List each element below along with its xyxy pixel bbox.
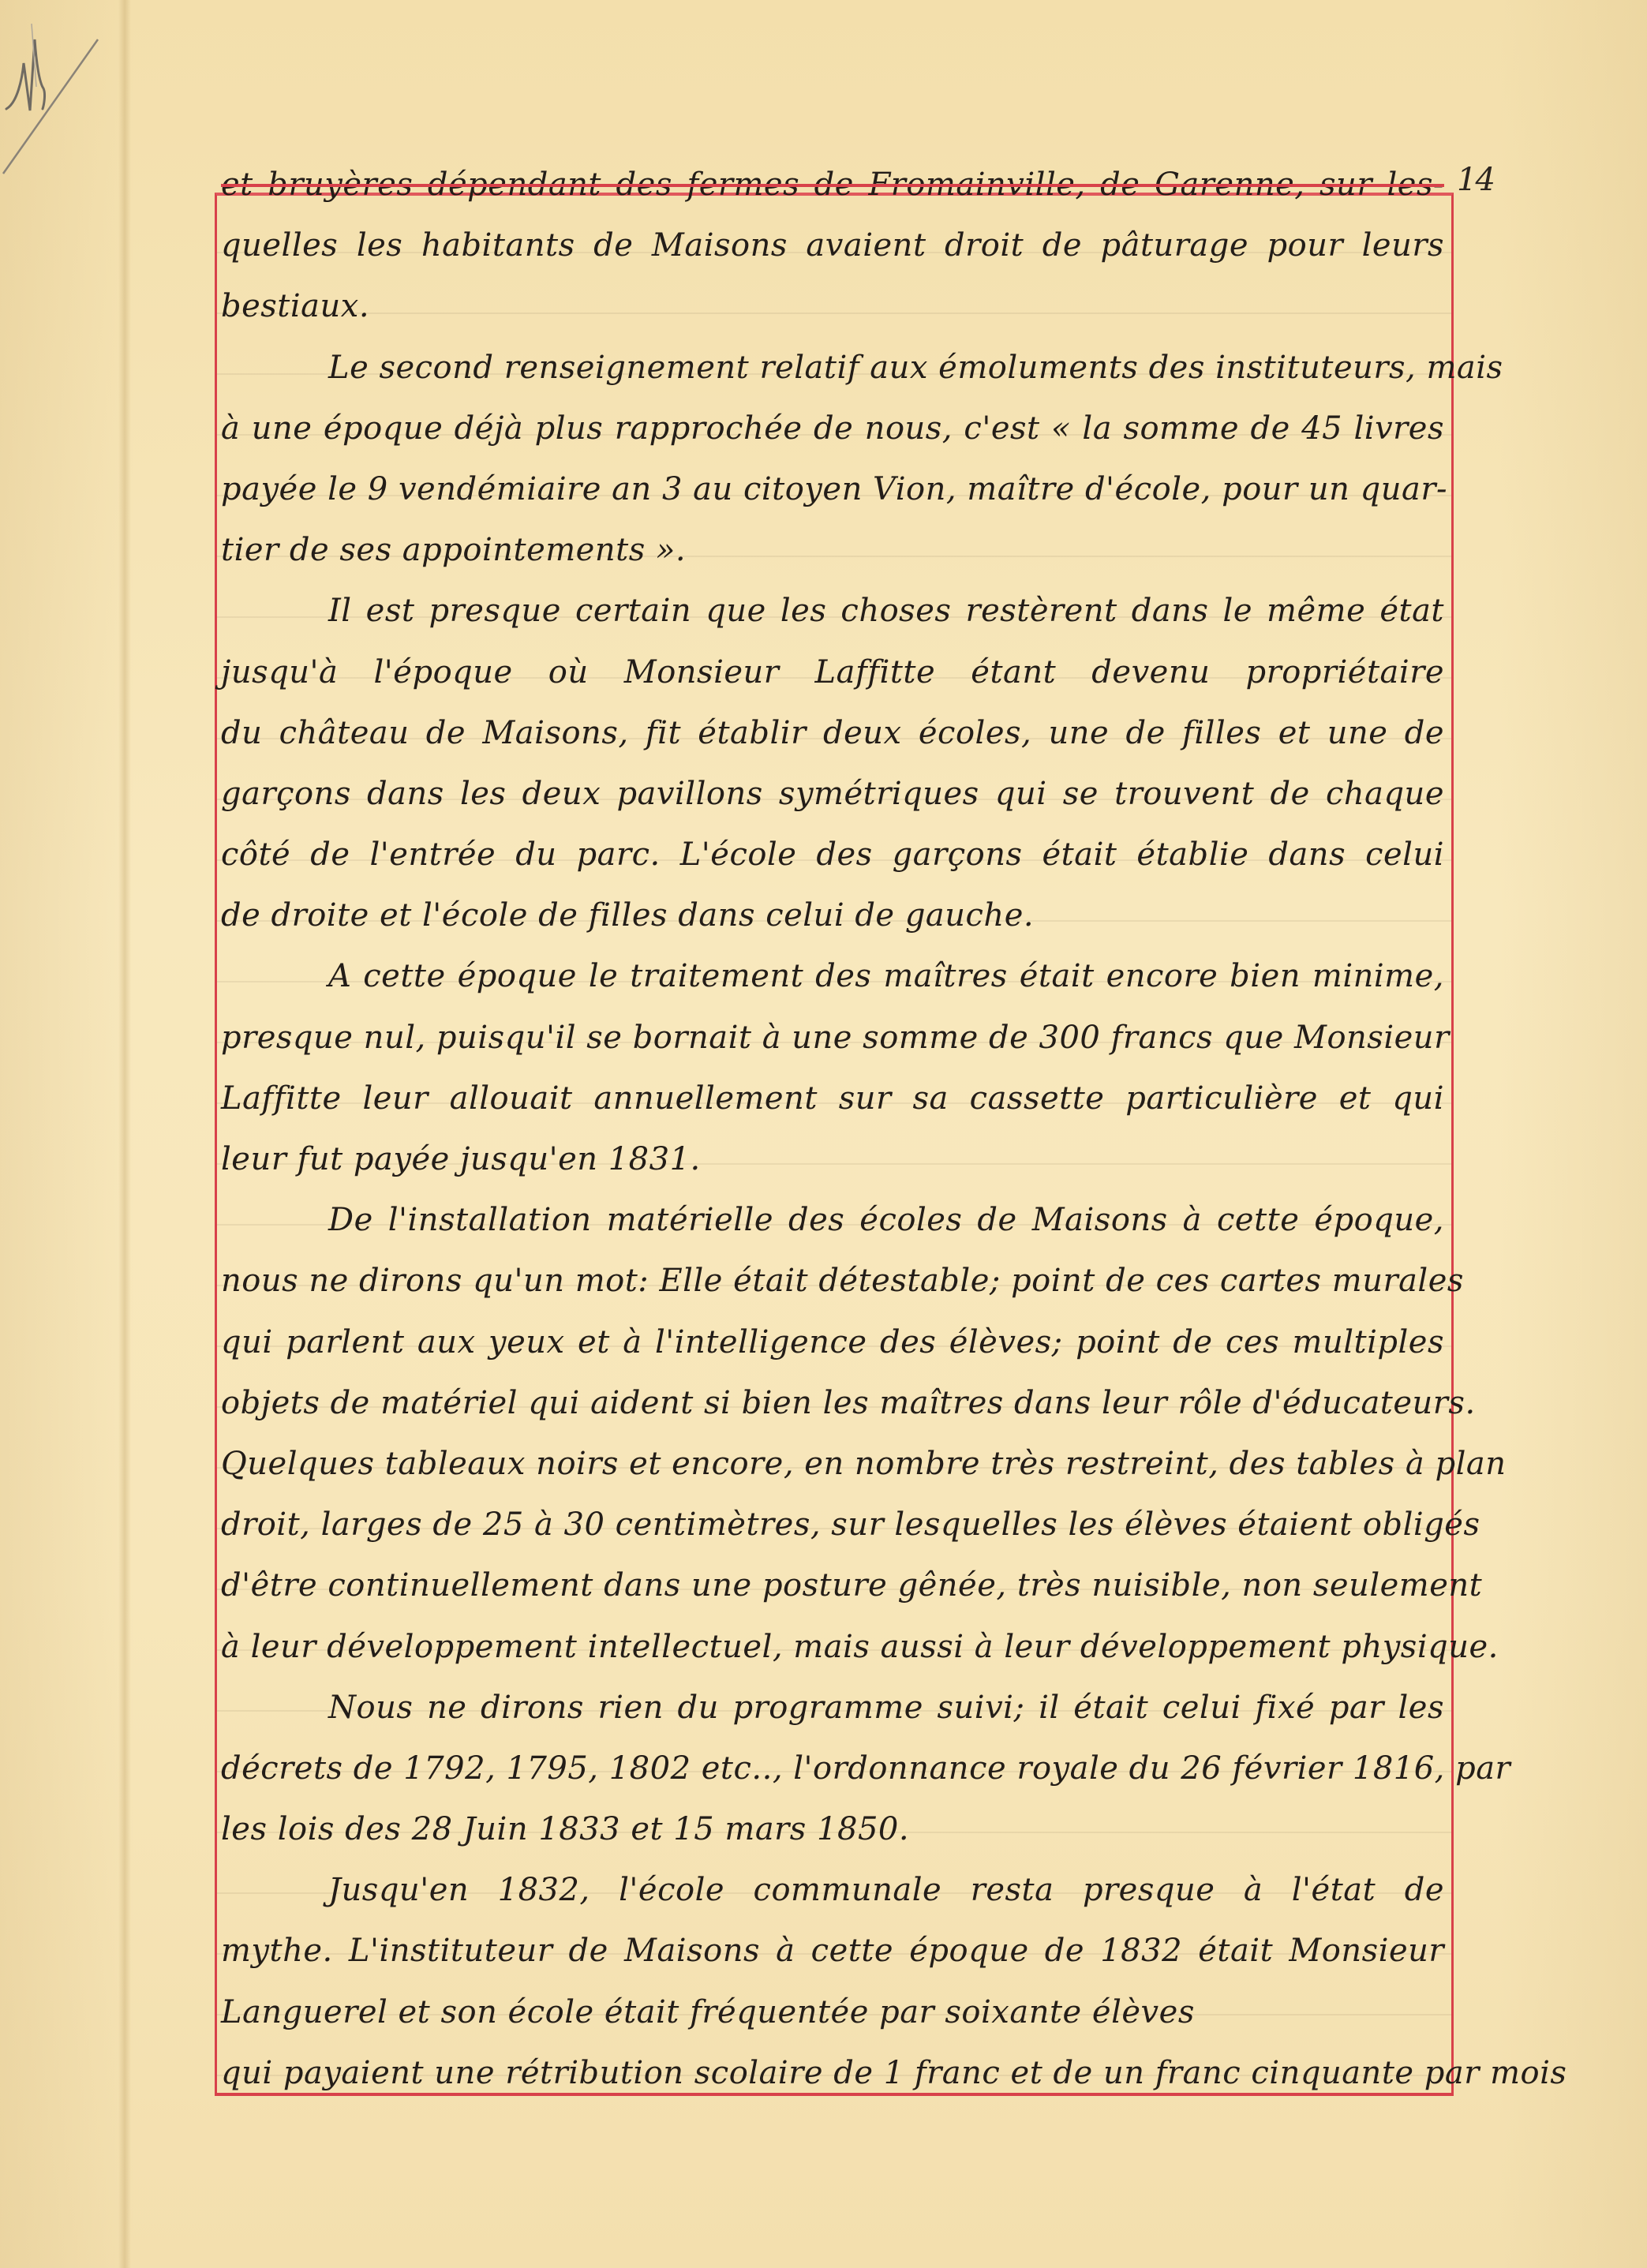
paragraph-start-line: Jusqu'en 1832, l'école communale resta p… bbox=[218, 1860, 1449, 1921]
text-line: garçons dans les deux pavillons symétriq… bbox=[218, 764, 1449, 825]
text-line: de droite et l'école de filles dans celu… bbox=[218, 885, 1449, 946]
text-line: presque nul, puisqu'il se bornait à une … bbox=[218, 1008, 1449, 1069]
text-line: et bruyères dépendant des fermes de From… bbox=[218, 155, 1449, 215]
text-line: côté de l'entrée du parc. L'école des ga… bbox=[218, 825, 1449, 885]
text-line: objets de matériel qui aident si bien le… bbox=[218, 1373, 1449, 1434]
binding-shadow bbox=[118, 0, 131, 2268]
text-line: leur fut payée jusqu'en 1831. bbox=[218, 1129, 1449, 1190]
text-line: Quelques tableaux noirs et encore, en no… bbox=[218, 1434, 1449, 1495]
text-line: les lois des 28 Juin 1833 et 15 mars 185… bbox=[218, 1799, 1449, 1860]
text-line: qui payaient une rétribution scolaire de… bbox=[218, 2043, 1449, 2104]
paragraph-start-line: Le second renseignement relatif aux émol… bbox=[218, 338, 1449, 399]
text-line: tier de ses appointements ». bbox=[218, 520, 1449, 581]
paragraph-start-line: De l'installation matérielle des écoles … bbox=[218, 1190, 1449, 1251]
paragraph-start-line: Nous ne dirons rien du programme suivi; … bbox=[218, 1678, 1449, 1738]
text-line: nous ne dirons qu'un mot: Elle était dét… bbox=[218, 1251, 1449, 1312]
text-line: payée le 9 vendémiaire an 3 au citoyen V… bbox=[218, 459, 1449, 520]
text-line: à leur développement intellectuel, mais … bbox=[218, 1617, 1449, 1678]
text-line: décrets de 1792, 1795, 1802 etc.., l'ord… bbox=[218, 1738, 1449, 1799]
text-line: jusqu'à l'époque où Monsieur Laffitte ét… bbox=[218, 642, 1449, 703]
paragraph-start-line: A cette époque le traitement des maîtres… bbox=[218, 946, 1449, 1007]
text-line: d'être continuellement dans une posture … bbox=[218, 1555, 1449, 1616]
text-line: Laffitte leur allouait annuellement sur … bbox=[218, 1069, 1449, 1129]
text-line: qui parlent aux yeux et à l'intelligence… bbox=[218, 1312, 1449, 1373]
text-line: du château de Maisons, fit établir deux … bbox=[218, 703, 1449, 764]
pencil-margin-mark-icon bbox=[0, 16, 110, 189]
page-number: 14 bbox=[1457, 162, 1494, 198]
manuscript-body: et bruyères dépendant des fermes de From… bbox=[218, 155, 1449, 2104]
text-line: bestiaux. bbox=[218, 276, 1449, 337]
text-line: à une époque déjà plus rapprochée de nou… bbox=[218, 399, 1449, 459]
paragraph-start-line: Il est presque certain que les choses re… bbox=[218, 581, 1449, 642]
text-line: droit, larges de 25 à 30 centimètres, su… bbox=[218, 1495, 1449, 1555]
text-line: mythe. L'instituteur de Maisons à cette … bbox=[218, 1921, 1449, 1982]
text-line: Languerel et son école était fréquentée … bbox=[218, 1982, 1449, 2043]
text-line: quelles les habitants de Maisons avaient… bbox=[218, 215, 1449, 276]
